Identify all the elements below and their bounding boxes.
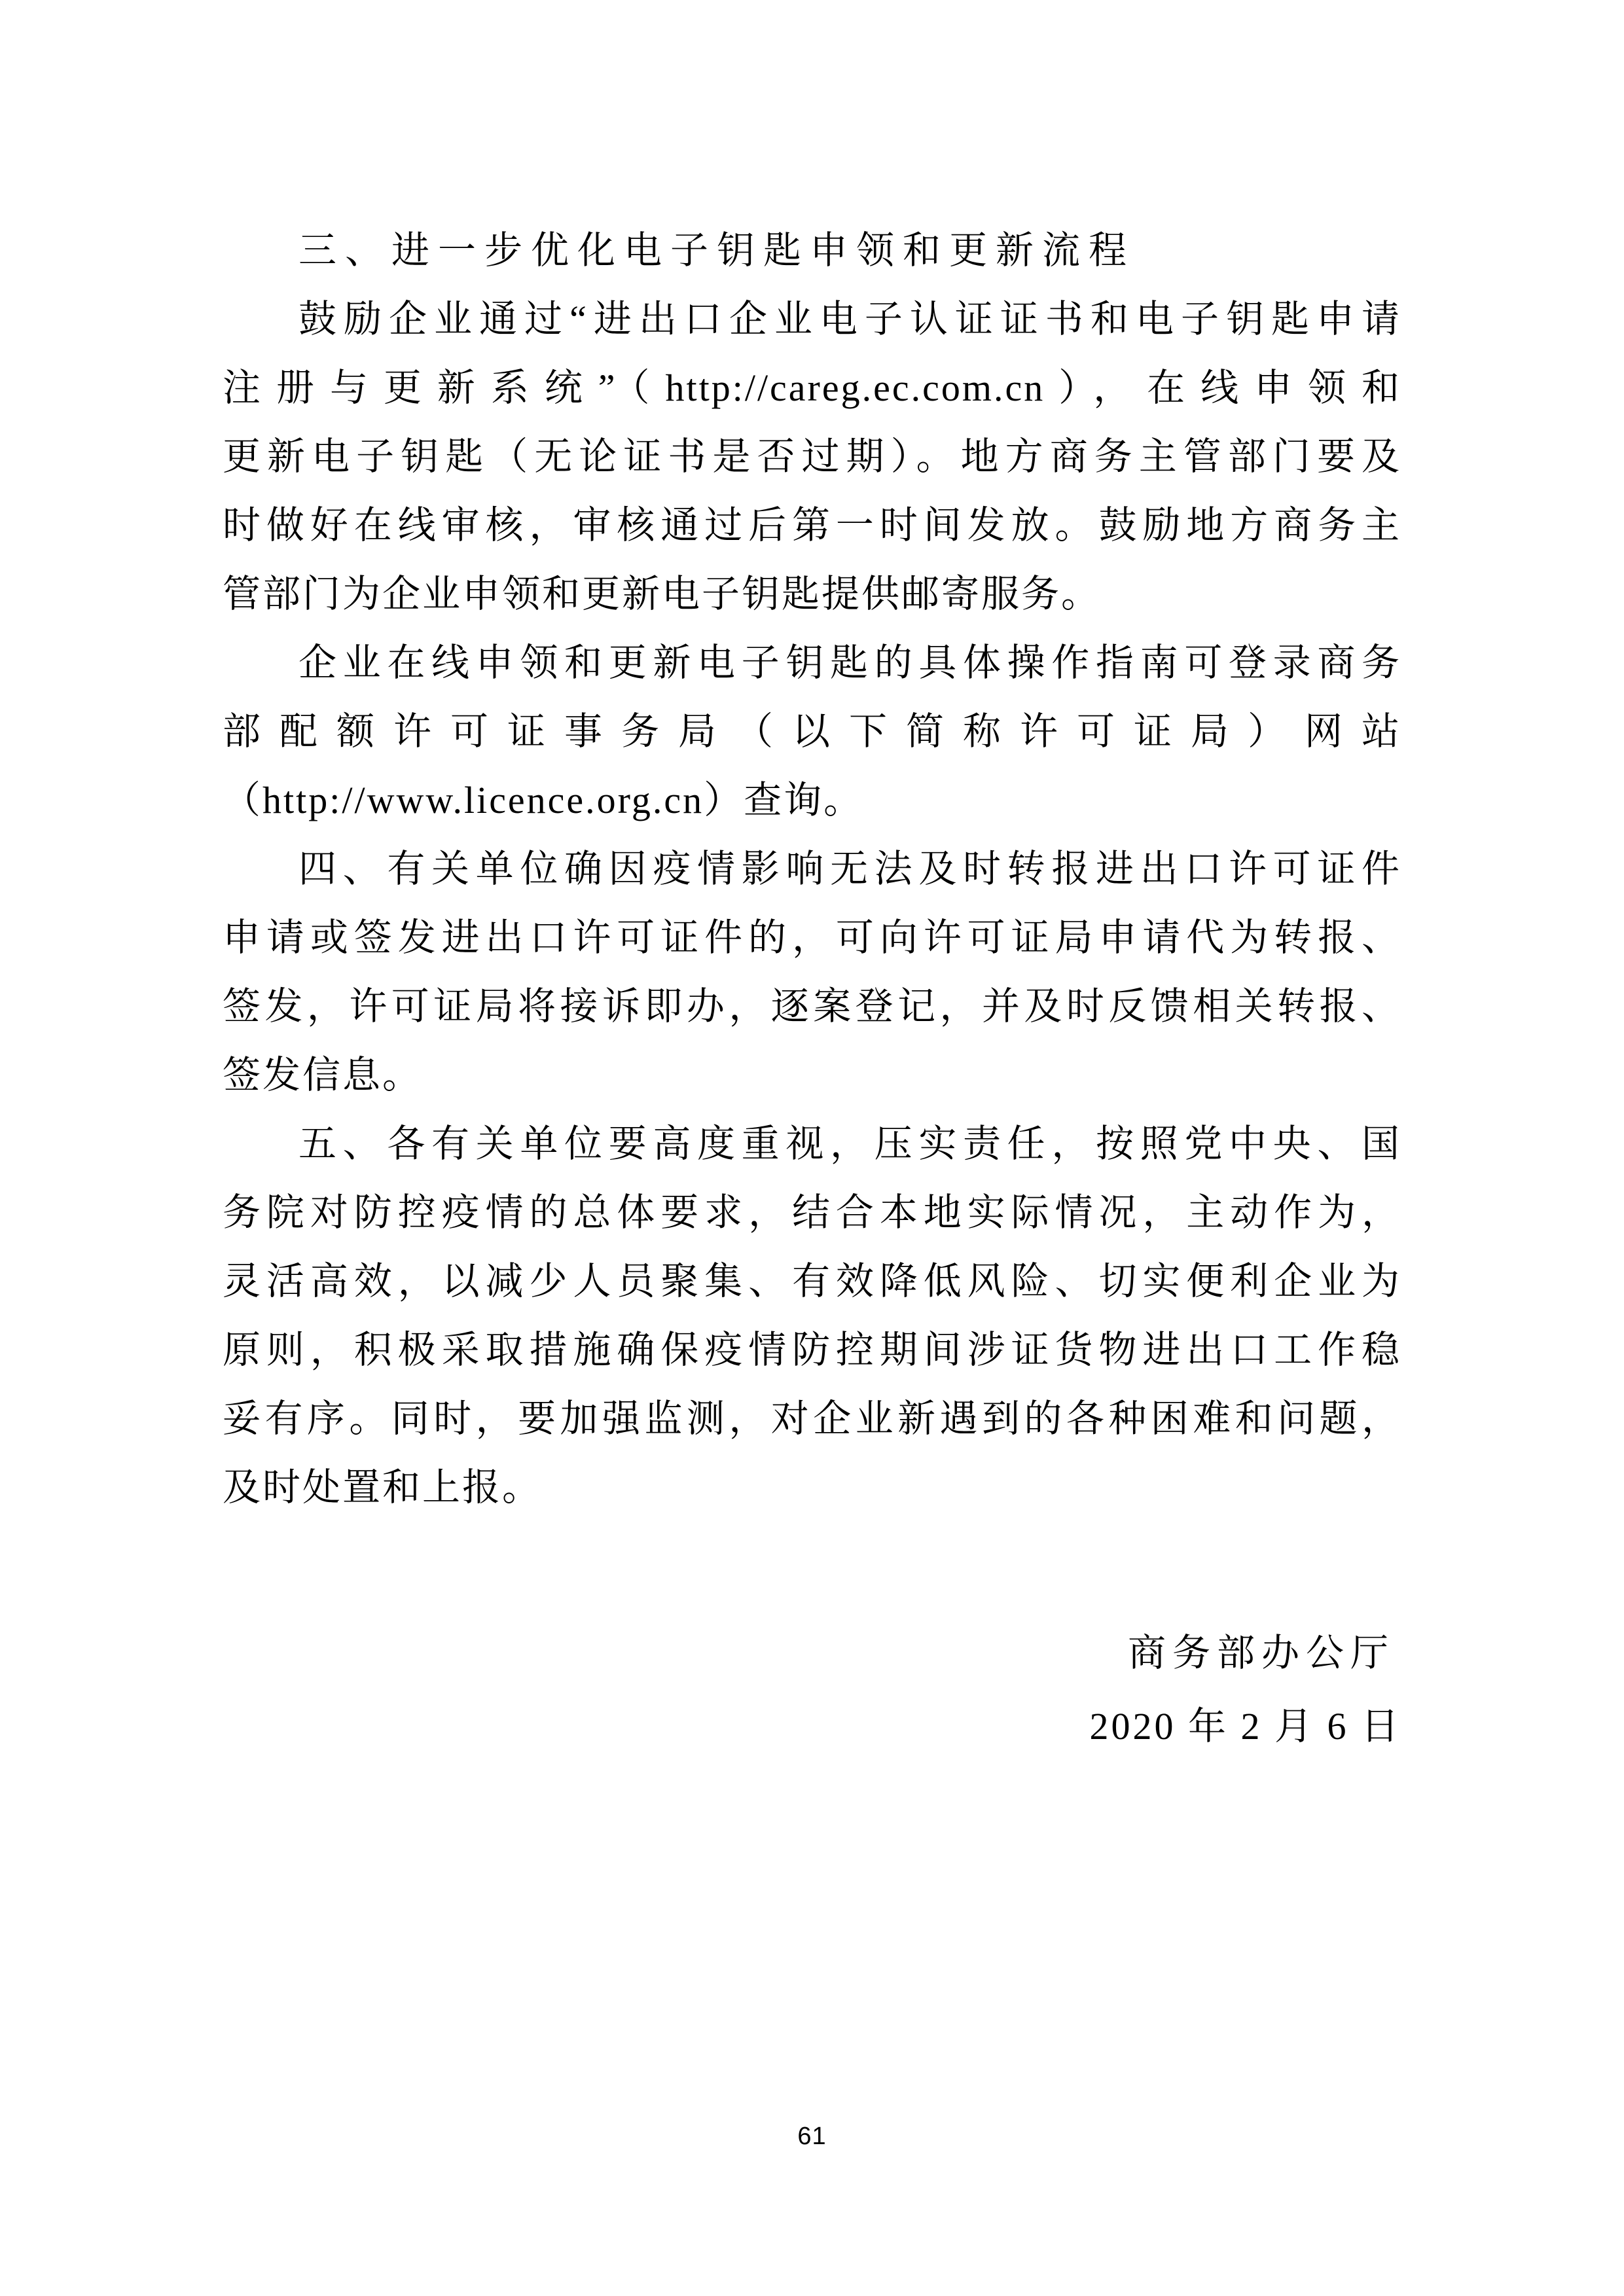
section-heading-5: 五、各有关单位要高度重视，压实责任，按照党中央、国	[223, 1109, 1401, 1178]
paragraph-line: （http://www.licence.org.cn）查询。	[223, 766, 1401, 834]
paragraph-line: 灵活高效，以减少人员聚集、有效降低风险、切实便利企业为	[223, 1247, 1401, 1316]
paragraph-line: 更新电子钥匙（无论证书是否过期）。地方商务主管部门要及	[223, 422, 1401, 491]
paragraph-line: 时做好在线审核，审核通过后第一时间发放。鼓励地方商务主	[223, 491, 1401, 560]
paragraph-line: 注册与更新系统”（http://careg.ec.com.cn），在线申领和	[223, 353, 1401, 422]
signature-block: 商务部办公厅 2020 年 2 月 6 日	[223, 1617, 1401, 1763]
paragraph-line: 妥有序。同时，要加强监测，对企业新遇到的各种困难和问题，	[223, 1384, 1401, 1453]
paragraph-line: 部配额许可证事务局（以下简称许可证局）网站	[223, 697, 1401, 766]
paragraph-line: 企业在线申领和更新电子钥匙的具体操作指南可登录商务	[223, 628, 1401, 697]
document-body: 三、进一步优化电子钥匙申领和更新流程 鼓励企业通过“进出口企业电子认证证书和电子…	[223, 216, 1401, 1522]
section-heading-4: 四、有关单位确因疫情影响无法及时转报进出口许可证件	[223, 834, 1401, 903]
document-page: 三、进一步优化电子钥匙申领和更新流程 鼓励企业通过“进出口企业电子认证证书和电子…	[0, 0, 1624, 2296]
page-footer: 61	[0, 2121, 1624, 2152]
section-heading-3: 三、进一步优化电子钥匙申领和更新流程	[223, 216, 1401, 285]
paragraph-line: 签发信息。	[223, 1041, 1401, 1109]
paragraph-line: 管部门为企业申领和更新电子钥匙提供邮寄服务。	[223, 560, 1401, 628]
paragraph-line: 签发，许可证局将接诉即办，逐案登记，并及时反馈相关转报、	[223, 972, 1401, 1041]
paragraph-line: 鼓励企业通过“进出口企业电子认证证书和电子钥匙申请	[223, 285, 1401, 353]
page-number: 61	[797, 2123, 826, 2150]
signature-date: 2020 年 2 月 6 日	[223, 1690, 1401, 1763]
paragraph-line: 及时处置和上报。	[223, 1453, 1401, 1522]
paragraph-line: 原则，积极采取措施确保疫情防控期间涉证货物进出口工作稳	[223, 1316, 1401, 1384]
signature-organization: 商务部办公厅	[223, 1617, 1401, 1690]
paragraph-line: 申请或签发进出口许可证件的，可向许可证局申请代为转报、	[223, 903, 1401, 972]
paragraph-line: 务院对防控疫情的总体要求，结合本地实际情况，主动作为，	[223, 1178, 1401, 1247]
